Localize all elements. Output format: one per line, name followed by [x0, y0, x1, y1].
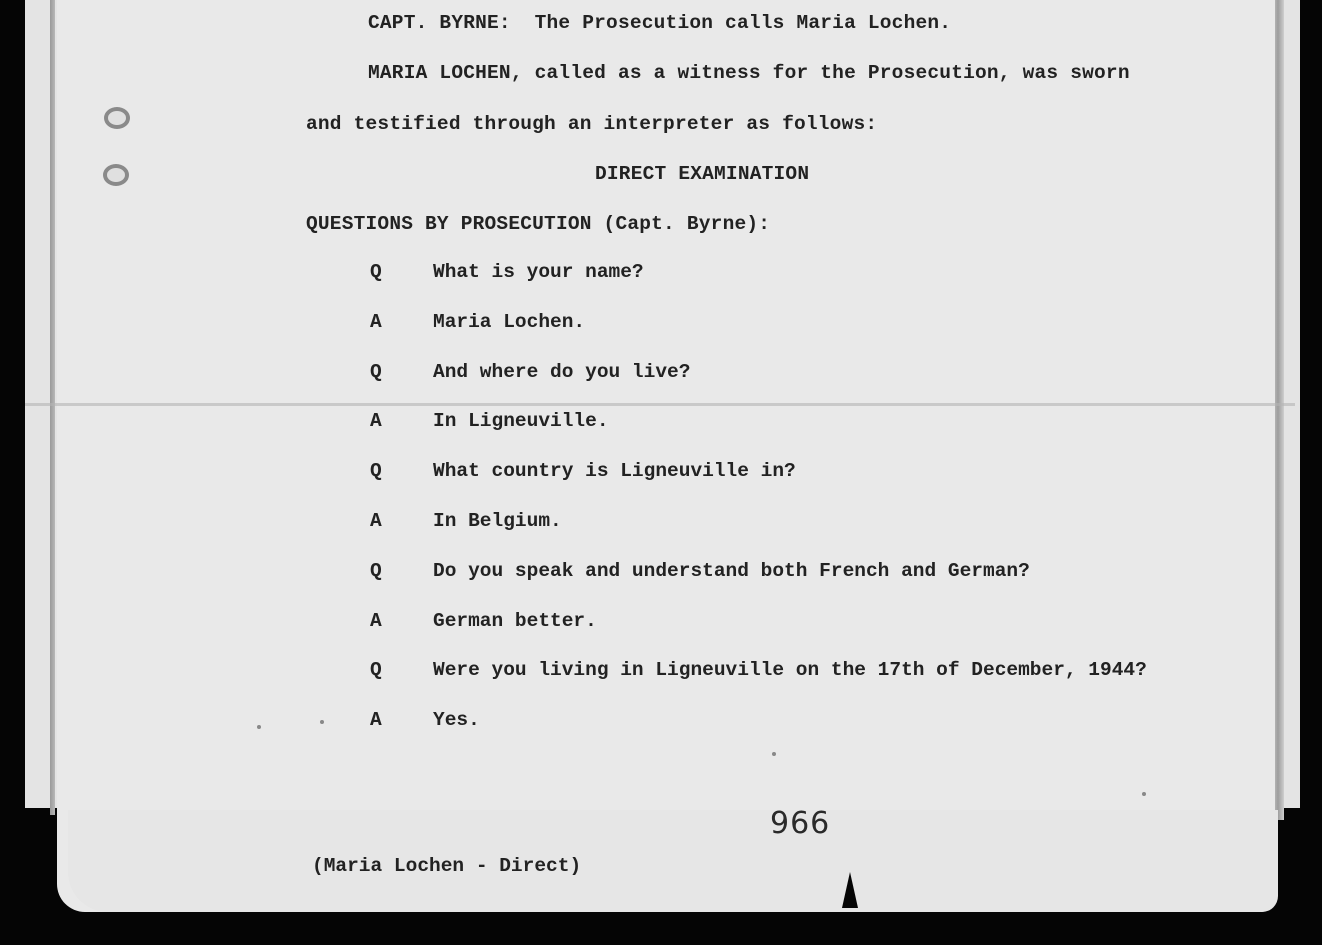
witness-intro-line-2: and testified through an interpreter as …: [306, 113, 877, 135]
speck-mark: [320, 720, 324, 724]
answer-marker: A: [370, 610, 382, 632]
witness-intro-line-1: MARIA LOCHEN, called as a witness for th…: [368, 62, 1130, 84]
answer-marker: A: [370, 510, 382, 532]
footer-caption: (Maria Lochen - Direct): [312, 855, 581, 877]
questioner-heading: QUESTIONS BY PROSECUTION (Capt. Byrne):: [306, 213, 770, 235]
punch-hole-icon: [103, 164, 129, 186]
answer-text: Maria Lochen.: [433, 311, 585, 333]
question-text: Do you speak and understand both French …: [433, 560, 1030, 582]
paper-tear: [842, 872, 858, 908]
announcement-line: CAPT. BYRNE: The Prosecution calls Maria…: [368, 12, 951, 34]
answer-marker: A: [370, 410, 382, 432]
answer-marker: A: [370, 311, 382, 333]
answer-text: In Ligneuville.: [433, 410, 609, 432]
speck-mark: [257, 725, 261, 729]
document-page-bottom: [68, 810, 1278, 912]
question-text: What country is Ligneuville in?: [433, 460, 796, 482]
question-text: Were you living in Ligneuville on the 17…: [433, 659, 1147, 681]
fold-line: [25, 403, 1295, 406]
question-text: What is your name?: [433, 261, 644, 283]
speck-mark: [1142, 792, 1146, 796]
question-marker: Q: [370, 560, 382, 582]
document-page: [57, 0, 1275, 912]
answer-text: Yes.: [433, 709, 480, 731]
question-marker: Q: [370, 659, 382, 681]
page-edge-left: [50, 0, 55, 815]
question-marker: Q: [370, 261, 382, 283]
question-marker: Q: [370, 460, 382, 482]
section-heading: DIRECT EXAMINATION: [595, 163, 809, 185]
answer-text: German better.: [433, 610, 597, 632]
punch-hole-icon: [104, 107, 130, 129]
question-text: And where do you live?: [433, 361, 690, 383]
page-number: 966: [770, 806, 830, 841]
answer-text: In Belgium.: [433, 510, 562, 532]
question-marker: Q: [370, 361, 382, 383]
answer-marker: A: [370, 709, 382, 731]
speck-mark: [772, 752, 776, 756]
